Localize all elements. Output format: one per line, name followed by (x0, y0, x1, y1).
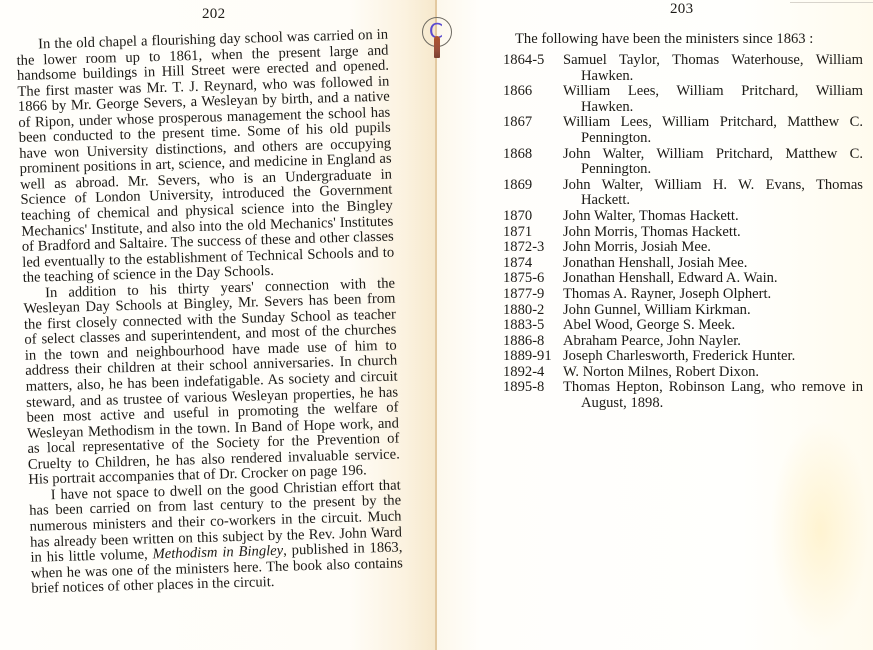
minister-names: John Walter, Thomas Hackett. (563, 209, 863, 225)
minister-years: 1874 (503, 256, 563, 272)
book-spread: 202 In the old chapel a flourishing day … (0, 0, 873, 650)
list-item: 1880-2John Gunnel, William Kirkman. (503, 303, 863, 319)
gutter-line (435, 0, 437, 650)
list-item: 1869John Walter, William H. W. Evans, Th… (503, 178, 863, 209)
minister-names: Thomas A. Rayner, Joseph Olphert. (563, 287, 863, 303)
minister-years: 1869 (503, 178, 563, 194)
minister-years: 1883-5 (503, 318, 563, 334)
list-item: 1866William Lees, William Pritchard, Wil… (503, 84, 863, 115)
minister-names: Jonathan Henshall, Josiah Mee. (563, 256, 863, 272)
minister-names: Samuel Taylor, Thomas Waterhouse, Willia… (563, 53, 863, 84)
list-item: 1883-5Abel Wood, George S. Meek. (503, 318, 863, 334)
list-item: 1875-6Jonathan Henshall, Edward A. Wain. (503, 271, 863, 287)
minister-names: Abraham Pearce, John Nayler. (563, 334, 863, 350)
minister-names: John Morris, Thomas Hackett. (563, 225, 863, 241)
left-page-body: In the old chapel a flourishing day scho… (16, 28, 403, 598)
paragraph-day-school: In the old chapel a flourishing day scho… (16, 28, 395, 287)
list-item: 1872-3John Morris, Josiah Mee. (503, 240, 863, 256)
paper-stain (770, 420, 870, 640)
minister-years: 1889-91 (503, 349, 563, 365)
list-item: 1870John Walter, Thomas Hackett. (503, 209, 863, 225)
minister-names: Abel Wood, George S. Meek. (563, 318, 863, 334)
list-item: 1871John Morris, Thomas Hackett. (503, 225, 863, 241)
page-edge-shadow (790, 2, 873, 3)
list-item: 1889-91Joseph Charlesworth, Frederick Hu… (503, 349, 863, 365)
minister-names: John Walter, William Pritchard, Matthew … (563, 147, 863, 178)
minister-years: 1872-3 (503, 240, 563, 256)
list-item: 1864-5Samuel Taylor, Thomas Waterhouse, … (503, 53, 863, 84)
minister-years: 1895-8 (503, 380, 563, 396)
minister-years: 1866 (503, 84, 563, 100)
minister-names: William Lees, William Pritchard, William… (563, 84, 863, 115)
list-item: 1874Jonathan Henshall, Josiah Mee. (503, 256, 863, 272)
list-item: 1886-8Abraham Pearce, John Nayler. (503, 334, 863, 350)
minister-names: John Gunnel, William Kirkman. (563, 303, 863, 319)
minister-years: 1870 (503, 209, 563, 225)
minister-names: William Lees, William Pritchard, Matthew… (563, 115, 863, 146)
minister-names: Joseph Charlesworth, Frederick Hunter. (563, 349, 863, 365)
minister-years: 1892-4 (503, 365, 563, 381)
page-number-left: 202 (202, 6, 225, 23)
ministers-list: 1864-5Samuel Taylor, Thomas Waterhouse, … (503, 53, 863, 412)
minister-years: 1868 (503, 147, 563, 163)
ministers-intro: The following have been the ministers si… (515, 31, 813, 48)
minister-names: W. Norton Milnes, Robert Dixon. (563, 365, 863, 381)
minister-years: 1864-5 (503, 53, 563, 69)
minister-years: 1877-9 (503, 287, 563, 303)
minister-years: 1871 (503, 225, 563, 241)
minister-names: Thomas Hepton, Robinson Lang, who remove… (563, 380, 863, 411)
list-item: 1895-8Thomas Hepton, Robinson Lang, who … (503, 380, 863, 411)
paragraph-christian-effort: I have not space to dwell on the good Ch… (29, 478, 404, 597)
minister-years: 1886-8 (503, 334, 563, 350)
minister-names: John Morris, Josiah Mee. (563, 240, 863, 256)
page-number-right: 203 (670, 1, 693, 18)
minister-names: Jonathan Henshall, Edward A. Wain. (563, 271, 863, 287)
minister-names: John Walter, William H. W. Evans, Thomas… (563, 178, 863, 209)
stamp-figure-icon (434, 36, 440, 58)
minister-years: 1867 (503, 115, 563, 131)
list-item: 1868John Walter, William Pritchard, Matt… (503, 147, 863, 178)
list-item: 1892-4W. Norton Milnes, Robert Dixon. (503, 365, 863, 381)
list-item: 1867William Lees, William Pritchard, Mat… (503, 115, 863, 146)
list-item: 1877-9Thomas A. Rayner, Joseph Olphert. (503, 287, 863, 303)
minister-years: 1880-2 (503, 303, 563, 319)
paragraph-severs-connection: In addition to his thirty years' connect… (23, 276, 400, 488)
minister-years: 1875-6 (503, 271, 563, 287)
